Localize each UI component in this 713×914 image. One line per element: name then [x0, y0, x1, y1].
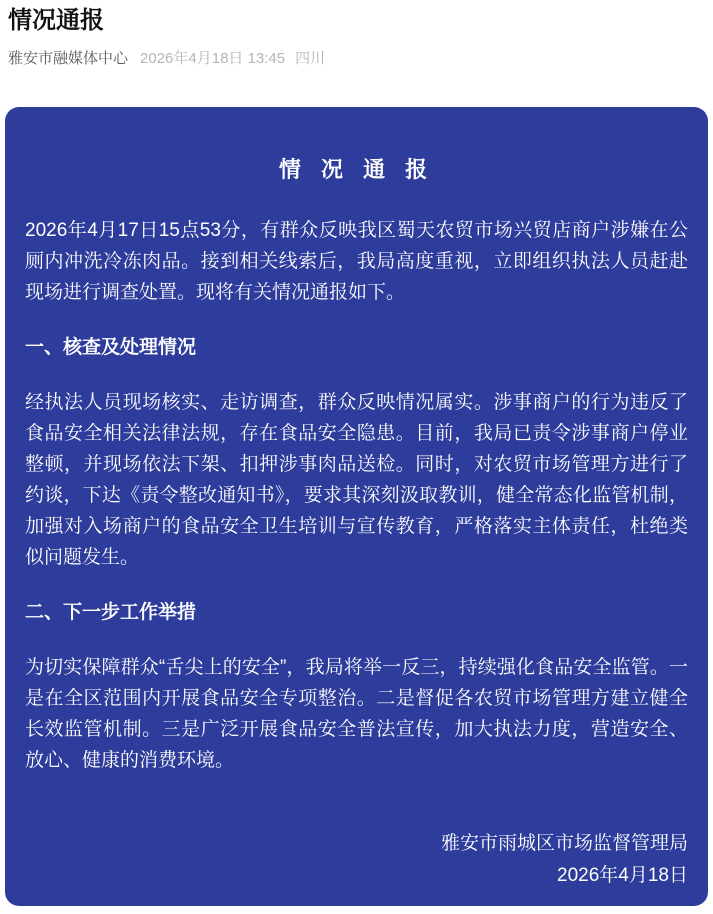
- signature-authority: 雅安市雨城区市场监督管理局: [25, 828, 688, 860]
- publish-location: 四川: [295, 50, 325, 67]
- notice-card: 情 况 通 报 2026年4月17日15点53分，有群众反映我区蜀天农贸市场兴贸…: [5, 107, 708, 906]
- notice-paragraph: 经执法人员现场核实、走访调查，群众反映情况属实。涉事商户的行为违反了食品安全相关…: [25, 387, 688, 573]
- notice-paragraph: 2026年4月17日15点53分，有群众反映我区蜀天农贸市场兴贸店商户涉嫌在公厕…: [25, 215, 688, 308]
- notice-title: 情 况 通 报: [25, 155, 688, 185]
- notice-paragraph: 为切实保障群众“舌尖上的安全”，我局将举一反三，持续强化食品安全监管。一是在全区…: [25, 652, 688, 776]
- signature-date: 2026年4月18日: [25, 860, 688, 892]
- signature-block: 雅安市雨城区市场监督管理局 2026年4月18日: [25, 828, 688, 892]
- byline: 雅安市融媒体中心2026年4月18日 13:45四川: [8, 49, 705, 69]
- section-heading-1: 一、核查及处理情况: [25, 332, 688, 363]
- section-heading-2: 二、下一步工作举措: [25, 597, 688, 628]
- source-name[interactable]: 雅安市融媒体中心: [8, 50, 128, 67]
- publish-time: 2026年4月18日 13:45: [140, 50, 285, 67]
- article-header: 情况通报 雅安市融媒体中心2026年4月18日 13:45四川: [0, 0, 713, 69]
- page-title: 情况通报: [8, 6, 705, 36]
